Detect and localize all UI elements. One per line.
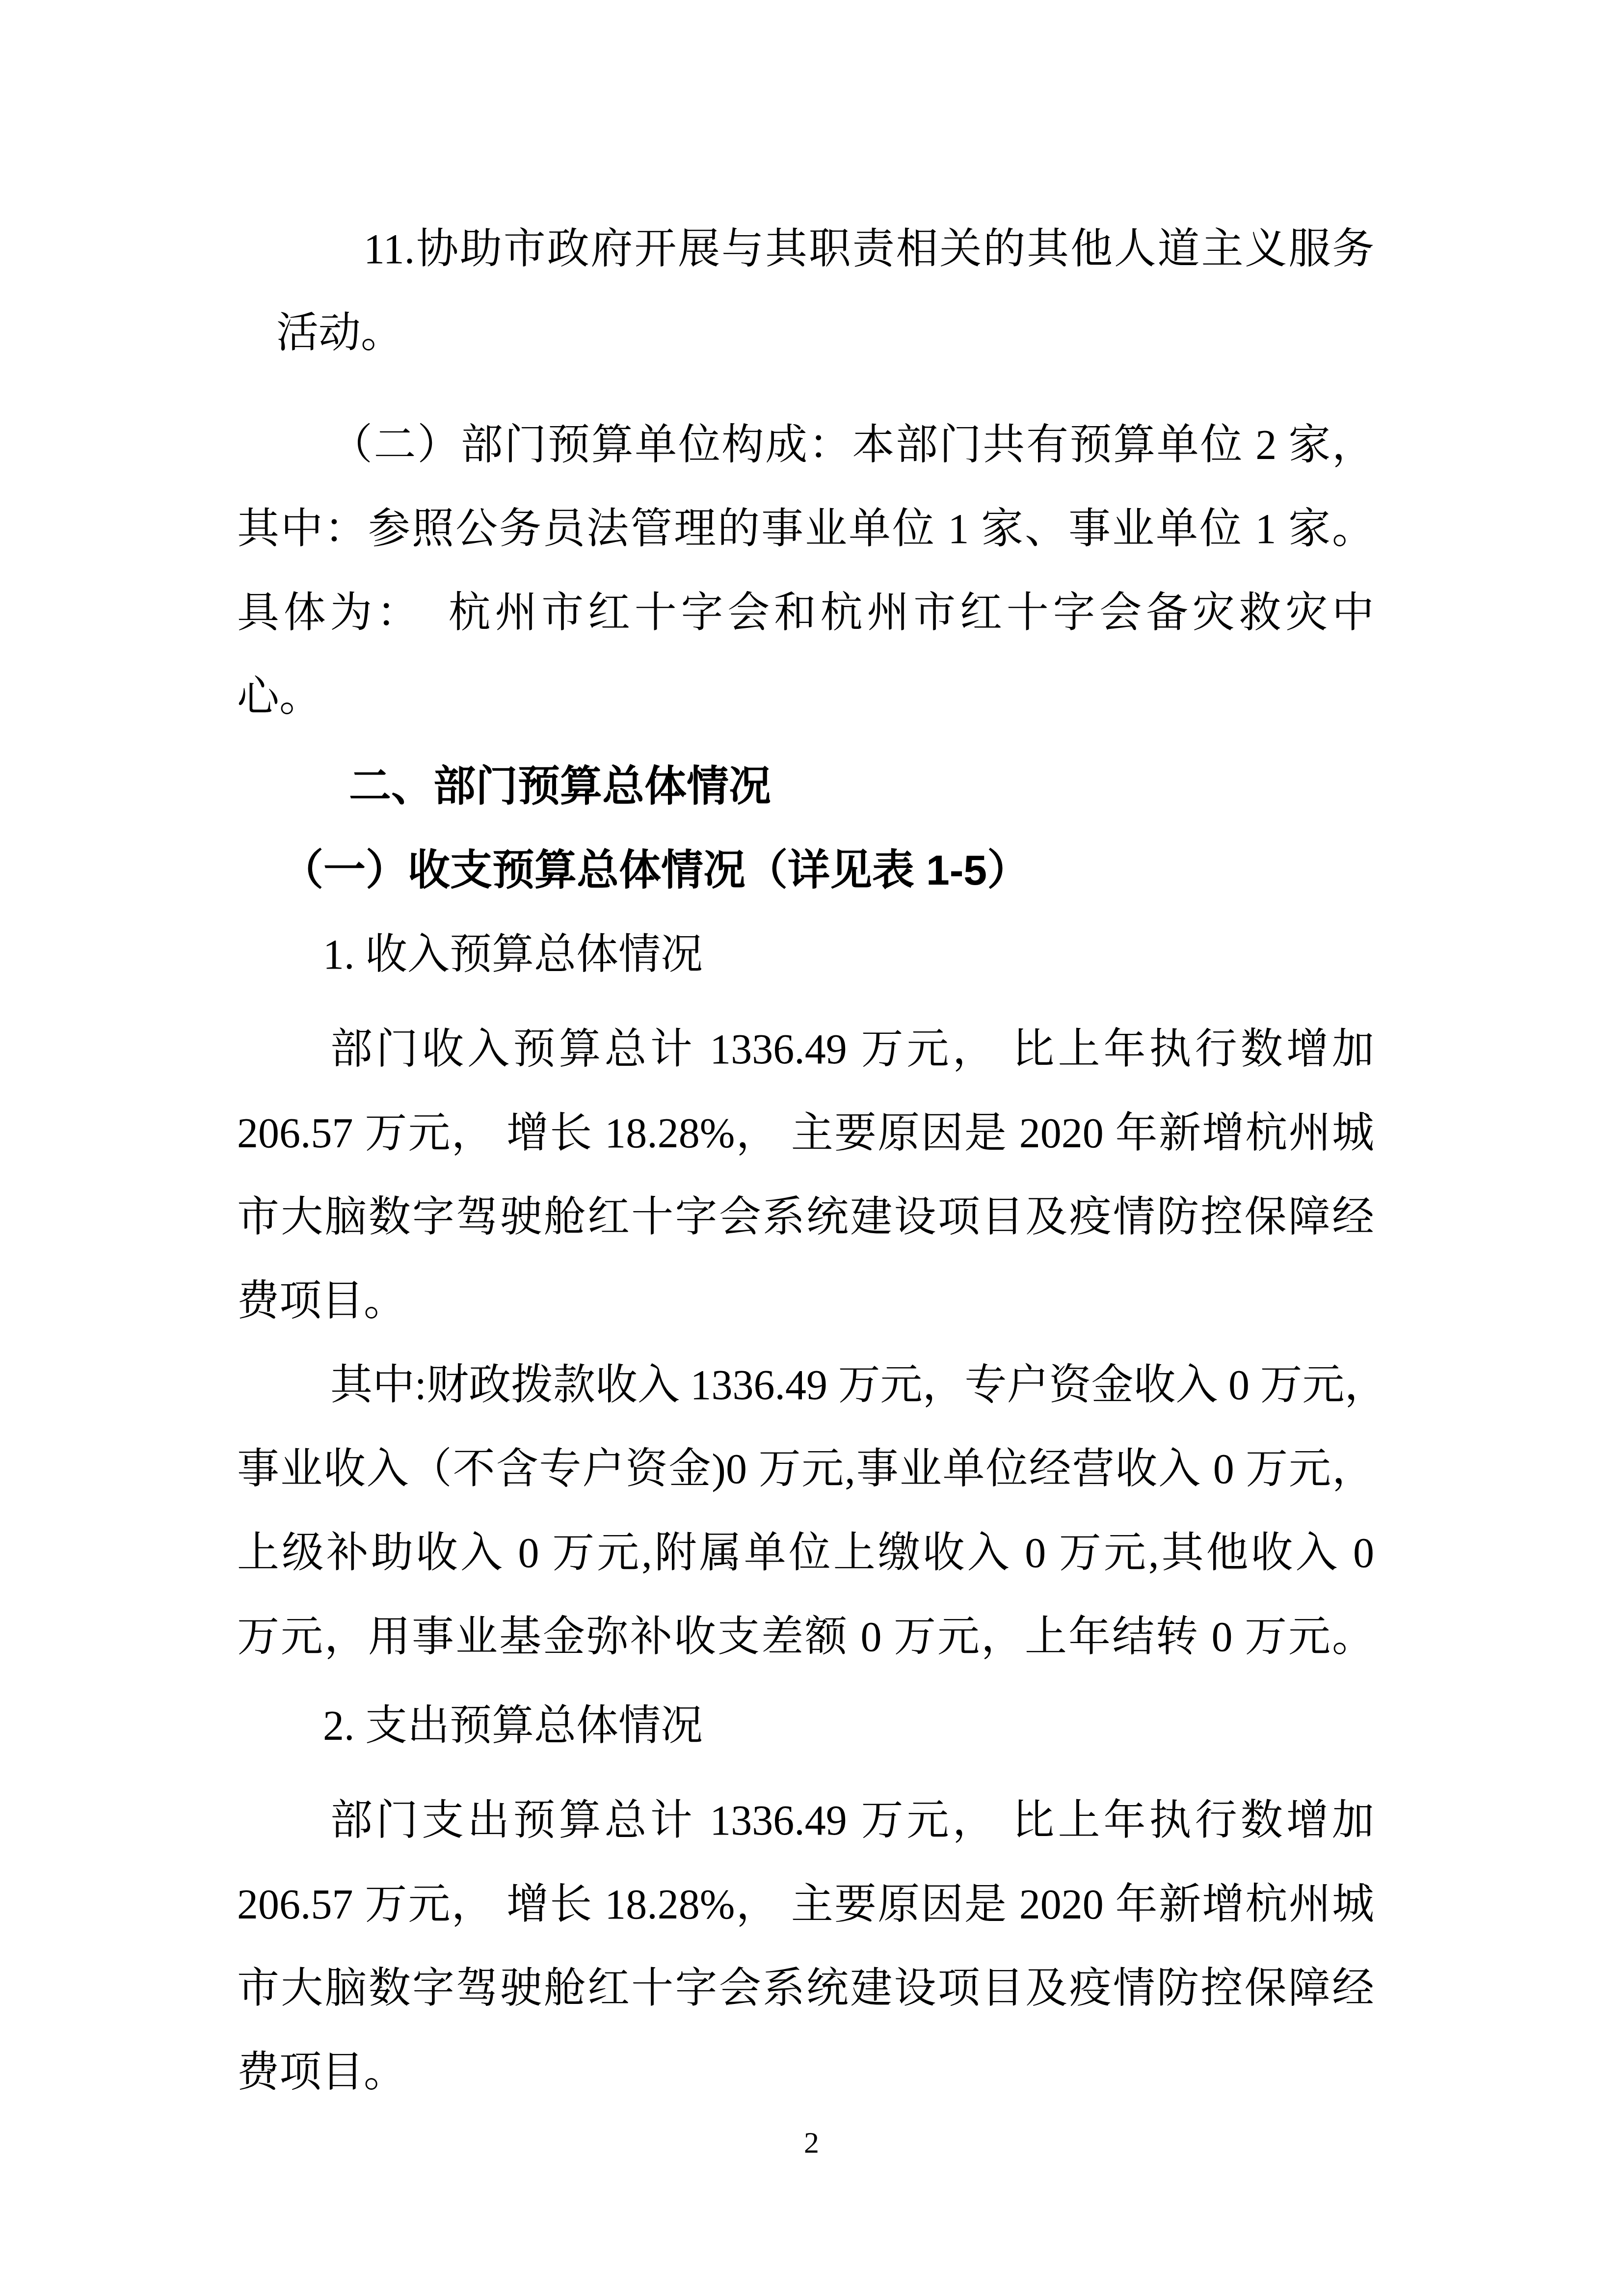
paragraph-income-detail: 其中:财政拨款收入 1336.49 万元，专户资金收入 0 万元，事业收入（不含… <box>237 1343 1374 1679</box>
text-line: 费项目。 <box>237 2030 1374 2114</box>
text-line: 费项目。 <box>237 1259 1374 1343</box>
text-line: 206.57 万元， 增长 18.28%， 主要原因是 2020 年新增杭州城 <box>237 1091 1374 1175</box>
paragraph-expense-total: 部门支出预算总计 1336.49 万元， 比上年执行数增加206.57 万元， … <box>237 1779 1374 2114</box>
text-line: 部门收入预算总计 1336.49 万元， 比上年执行数增加 <box>237 1007 1374 1091</box>
text-line: 1. 收入预算总体情况 <box>237 913 1374 997</box>
paragraph-budget-units: （二）部门预算单位构成：本部门共有预算单位 2 家，其中：参照公务员法管理的事业… <box>237 403 1374 739</box>
paragraph-expense-title: 2. 支出预算总体情况 <box>237 1684 1374 1768</box>
paragraph-income-title: 1. 收入预算总体情况 <box>237 913 1374 997</box>
page-number: 2 <box>0 2126 1623 2160</box>
text-line: 市大脑数字驾驶舱红十字会系统建设项目及疫情防控保障经 <box>237 1946 1374 2030</box>
heading-subsection-1: （一）收支预算总体情况（详见表 1-5） <box>237 829 1374 913</box>
text-line: （一）收支预算总体情况（详见表 1-5） <box>237 829 1374 913</box>
paragraph-income-total: 部门收入预算总计 1336.49 万元， 比上年执行数增加206.57 万元， … <box>237 1007 1374 1343</box>
text-line: 其中:财政拨款收入 1336.49 万元，专户资金收入 0 万元， <box>237 1343 1374 1427</box>
text-line: 活动。 <box>237 291 1374 375</box>
document-page: 11.协助市政府开展与其职责相关的其他人道主义服务活动。（二）部门预算单位构成：… <box>0 0 1623 2296</box>
text-line: 其中：参照公务员法管理的事业单位 1 家、事业单位 1 家。 <box>237 487 1374 571</box>
text-line: 206.57 万元， 增长 18.28%， 主要原因是 2020 年新增杭州城 <box>237 1863 1374 1946</box>
text-line: 二、部门预算总体情况 <box>237 745 1374 829</box>
text-line: 上级补助收入 0 万元,附属单位上缴收入 0 万元,其他收入 0 <box>237 1511 1374 1595</box>
text-line: 2. 支出预算总体情况 <box>237 1684 1374 1768</box>
document-body: 11.协助市政府开展与其职责相关的其他人道主义服务活动。（二）部门预算单位构成：… <box>237 207 1374 2114</box>
text-line: 事业收入（不含专户资金)0 万元,事业单位经营收入 0 万元， <box>237 1427 1374 1511</box>
text-line: 市大脑数字驾驶舱红十字会系统建设项目及疫情防控保障经 <box>237 1175 1374 1259</box>
text-line: 部门支出预算总计 1336.49 万元， 比上年执行数增加 <box>237 1779 1374 1863</box>
heading-section-2: 二、部门预算总体情况 <box>237 745 1374 829</box>
text-line: 万元，用事业基金弥补收支差额 0 万元，上年结转 0 万元。 <box>237 1595 1374 1679</box>
text-line: 11.协助市政府开展与其职责相关的其他人道主义服务 <box>237 207 1374 291</box>
text-line: （二）部门预算单位构成：本部门共有预算单位 2 家， <box>237 403 1374 487</box>
text-line: 心。 <box>237 655 1374 739</box>
text-line: 具体为： 杭州市红十字会和杭州市红十字会备灾救灾中 <box>237 571 1374 655</box>
paragraph-duty-item-11: 11.协助市政府开展与其职责相关的其他人道主义服务活动。 <box>237 207 1374 375</box>
